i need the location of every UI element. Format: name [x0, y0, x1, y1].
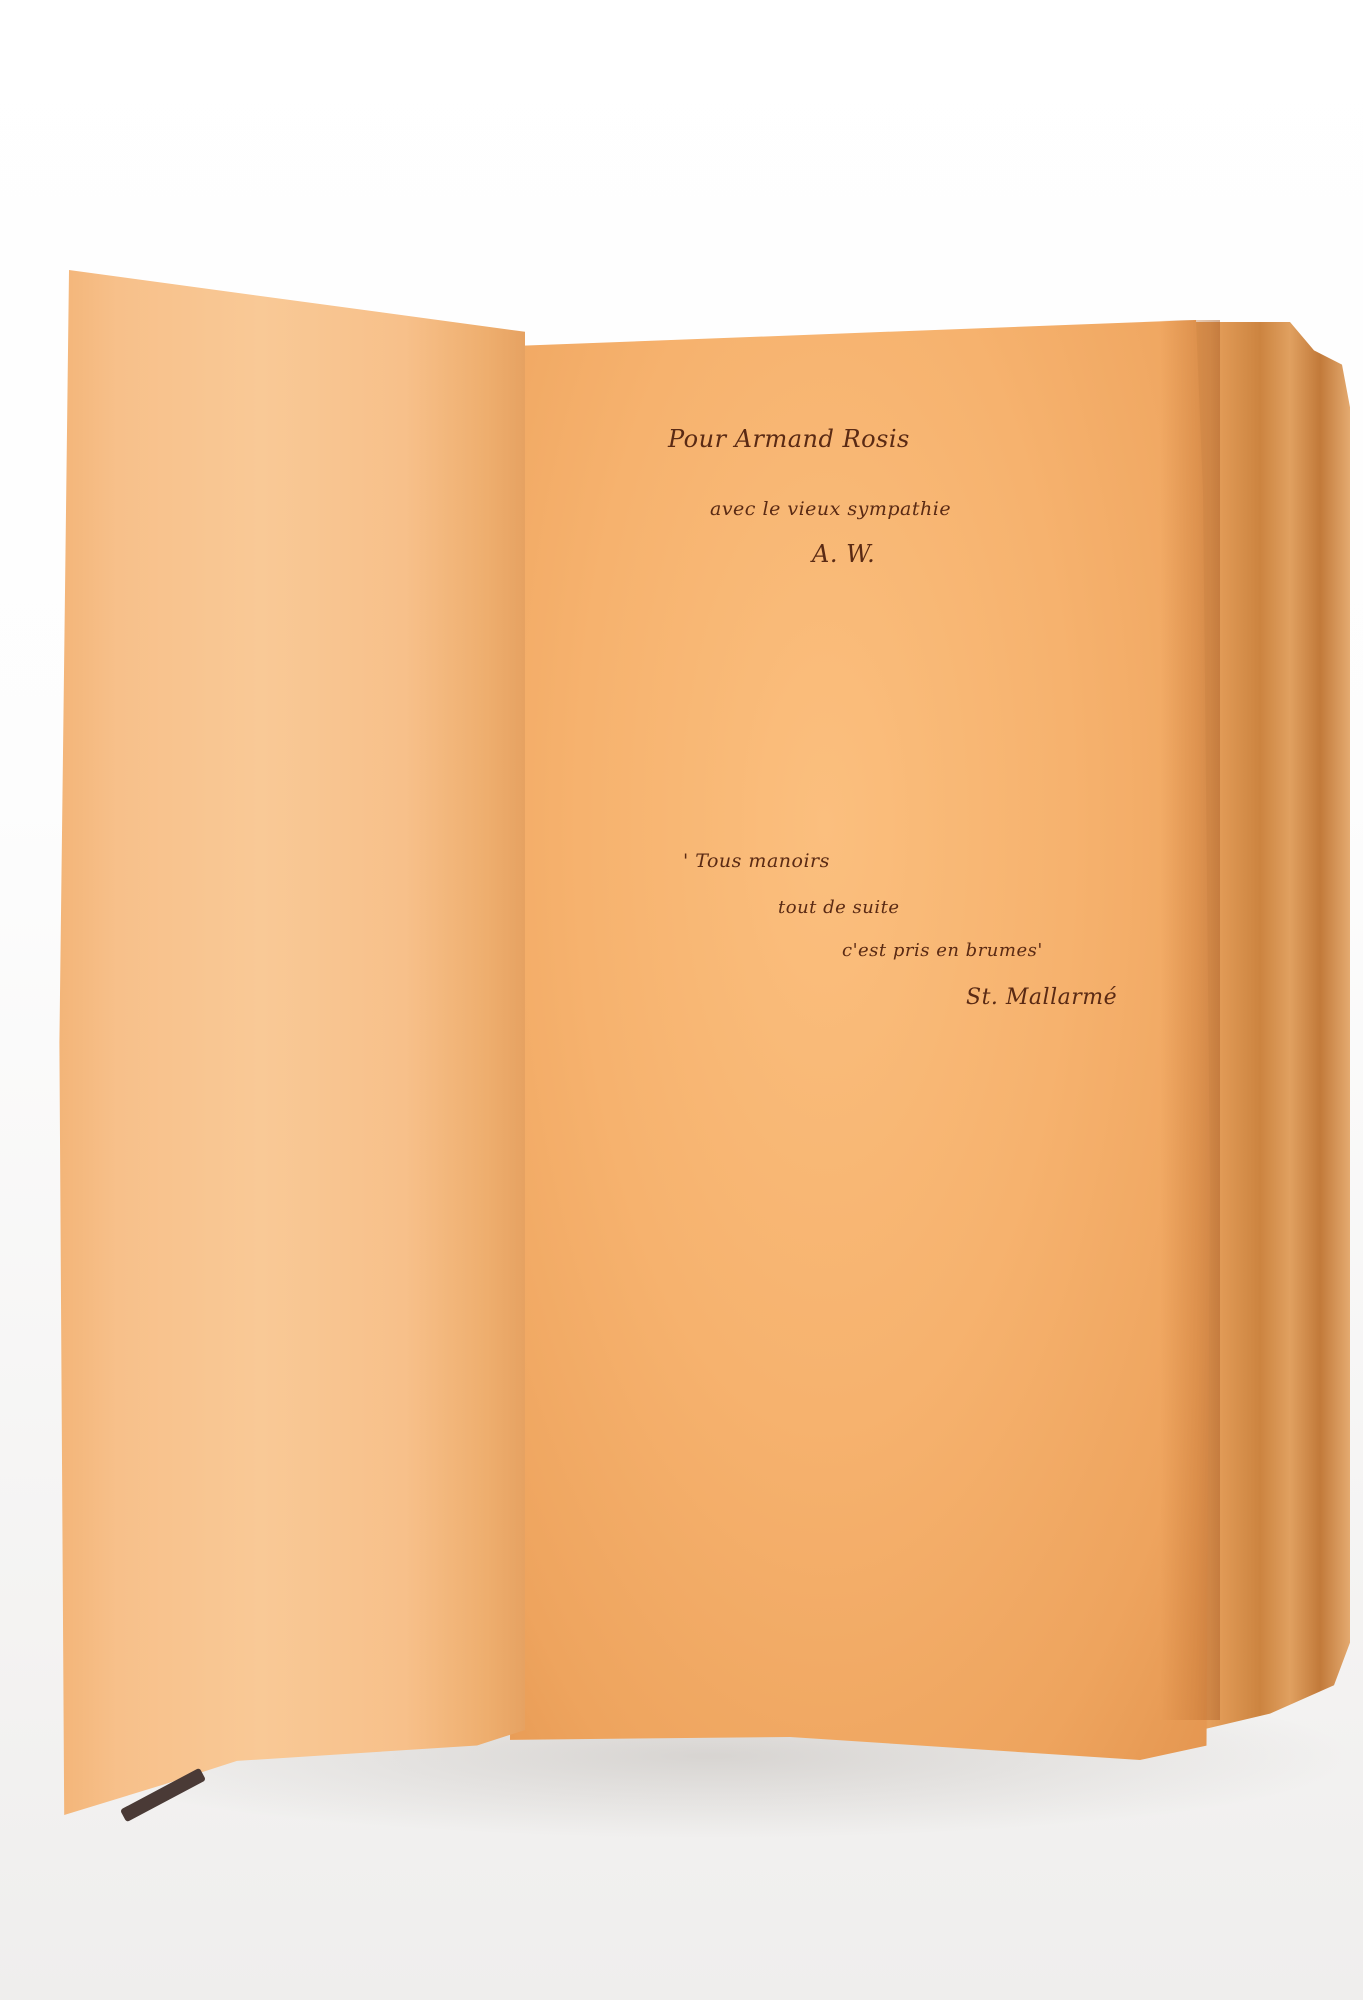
inscription-sympathy: avec le vieux sympathie — [710, 498, 951, 520]
signature: St. Mallarmé — [966, 985, 1117, 1010]
right-page-fold-shadow — [1160, 320, 1220, 1720]
verse-line-3: c'est pris en brumes' — [842, 940, 1043, 961]
right-page — [510, 320, 1210, 1760]
left-flyleaf — [45, 270, 525, 1815]
verse-line-1: ' Tous manoirs — [683, 850, 830, 872]
inscription-dedication: Pour Armand Rosis — [668, 425, 910, 453]
verse-line-2: tout de suite — [778, 897, 900, 918]
inscription-initials: A. W. — [812, 540, 875, 568]
